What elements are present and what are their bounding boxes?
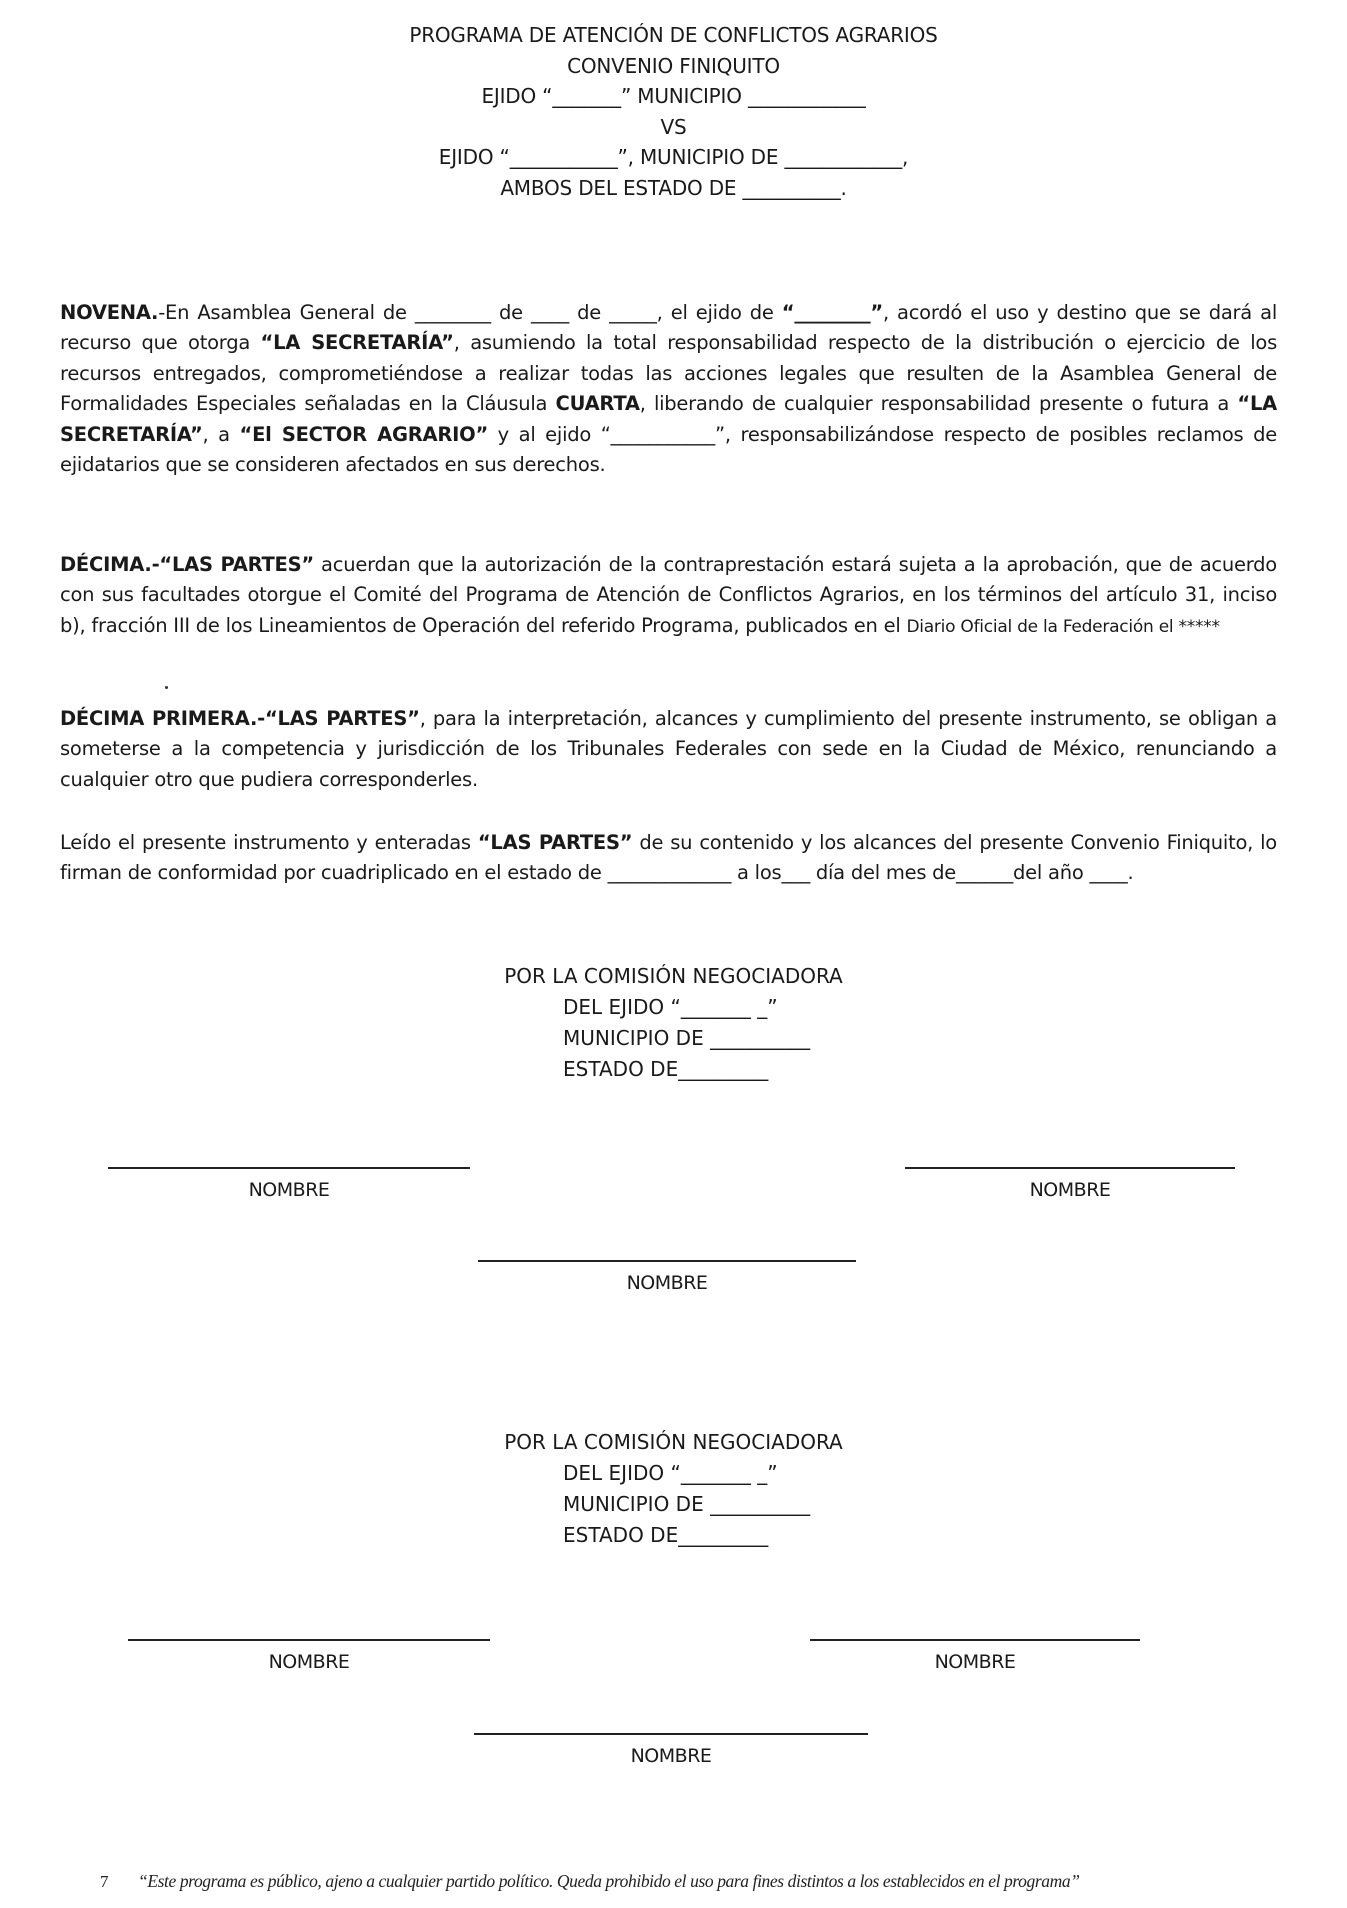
commission-block-2: POR LA COMISIÓN NEGOCIADORA DEL EJIDO “_… [0, 1427, 1347, 1551]
document-type: CONVENIO FINIQUITO [0, 51, 1347, 82]
commission-title: POR LA COMISIÓN NEGOCIADORA [0, 1427, 1347, 1458]
signature-line: NOMBRE [478, 1260, 856, 1294]
versus-label: VS [0, 112, 1347, 143]
signature-name-label: NOMBRE [474, 1745, 868, 1767]
commission-ejido: DEL EJIDO “_______ _” [0, 1458, 1347, 1489]
document-page: PROGRAMA DE ATENCIÓN DE CONFLICTOS AGRAR… [0, 0, 1347, 1908]
signature-name-label: NOMBRE [128, 1651, 490, 1673]
commission-municipio: MUNICIPIO DE __________ [0, 1023, 1347, 1054]
signature-rule [474, 1733, 868, 1735]
page-footer: 7“Este programa es público, ajeno a cual… [100, 1871, 1300, 1892]
closing-text: Leído el presente instrumento y enterada… [60, 831, 478, 854]
signature-line: NOMBRE [128, 1639, 490, 1673]
clause-text: “LA SECRETARÍA” [261, 331, 454, 354]
signature-name-label: NOMBRE [810, 1651, 1140, 1673]
signature-rule [810, 1639, 1140, 1641]
signature-line: NOMBRE [108, 1167, 470, 1201]
footer-disclaimer: “Este programa es público, ajeno a cualq… [138, 1871, 1080, 1891]
clause-text: Diario Oficial de la Federación el ***** [906, 617, 1219, 637]
commission-ejido: DEL EJIDO “_______ _” [0, 992, 1347, 1023]
clause-label: NOVENA. [60, 301, 158, 324]
document-header: PROGRAMA DE ATENCIÓN DE CONFLICTOS AGRAR… [0, 20, 1347, 203]
signature-line: NOMBRE [474, 1733, 868, 1767]
clause-text: “________” [782, 301, 883, 324]
clause-text: , a [203, 423, 240, 446]
signature-rule [108, 1167, 470, 1169]
commission-title: POR LA COMISIÓN NEGOCIADORA [0, 961, 1347, 992]
clause-text: “El SECTOR AGRARIO” [240, 423, 489, 446]
commission-estado: ESTADO DE_________ [0, 1054, 1347, 1085]
commission-estado: ESTADO DE_________ [0, 1520, 1347, 1551]
program-title: PROGRAMA DE ATENCIÓN DE CONFLICTOS AGRAR… [0, 20, 1347, 51]
signature-line: NOMBRE [810, 1639, 1140, 1673]
clause-novena: NOVENA.-En Asamblea General de ________ … [60, 298, 1277, 480]
signature-line: NOMBRE [905, 1167, 1235, 1201]
commission-municipio: MUNICIPIO DE __________ [0, 1489, 1347, 1520]
clause-text: -En Asamblea General de ________ de ____… [158, 301, 782, 324]
state-line: AMBOS DEL ESTADO DE __________. [0, 173, 1347, 204]
clause-text: , liberando de cualquier responsabilidad… [640, 392, 1238, 415]
clause-text: CUARTA [556, 392, 640, 415]
clause-decima-primera: DÉCIMA PRIMERA.-“LAS PARTES”, para la in… [60, 704, 1277, 795]
clause-label: DÉCIMA PRIMERA.-“LAS PARTES” [60, 707, 420, 730]
signature-rule [478, 1260, 856, 1262]
party-two-line: EJIDO “___________”, MUNICIPIO DE ______… [0, 142, 1347, 173]
clause-label: DÉCIMA.-“LAS PARTES” [60, 553, 314, 576]
commission-block-1: POR LA COMISIÓN NEGOCIADORA DEL EJIDO “_… [0, 961, 1347, 1085]
signature-rule [905, 1167, 1235, 1169]
clause-decima: DÉCIMA.-“LAS PARTES” acuerdan que la aut… [60, 550, 1277, 642]
closing-paragraph: Leído el presente instrumento y enterada… [60, 828, 1277, 889]
signature-rule [128, 1639, 490, 1641]
party-one-line: EJIDO “_______” MUNICIPIO ____________ [0, 81, 1347, 112]
closing-text: “LAS PARTES” [478, 831, 632, 854]
signature-name-label: NOMBRE [905, 1179, 1235, 1201]
page-number: 7 [100, 1872, 138, 1892]
signature-name-label: NOMBRE [108, 1179, 470, 1201]
stray-dot [165, 686, 168, 689]
signature-name-label: NOMBRE [478, 1272, 856, 1294]
